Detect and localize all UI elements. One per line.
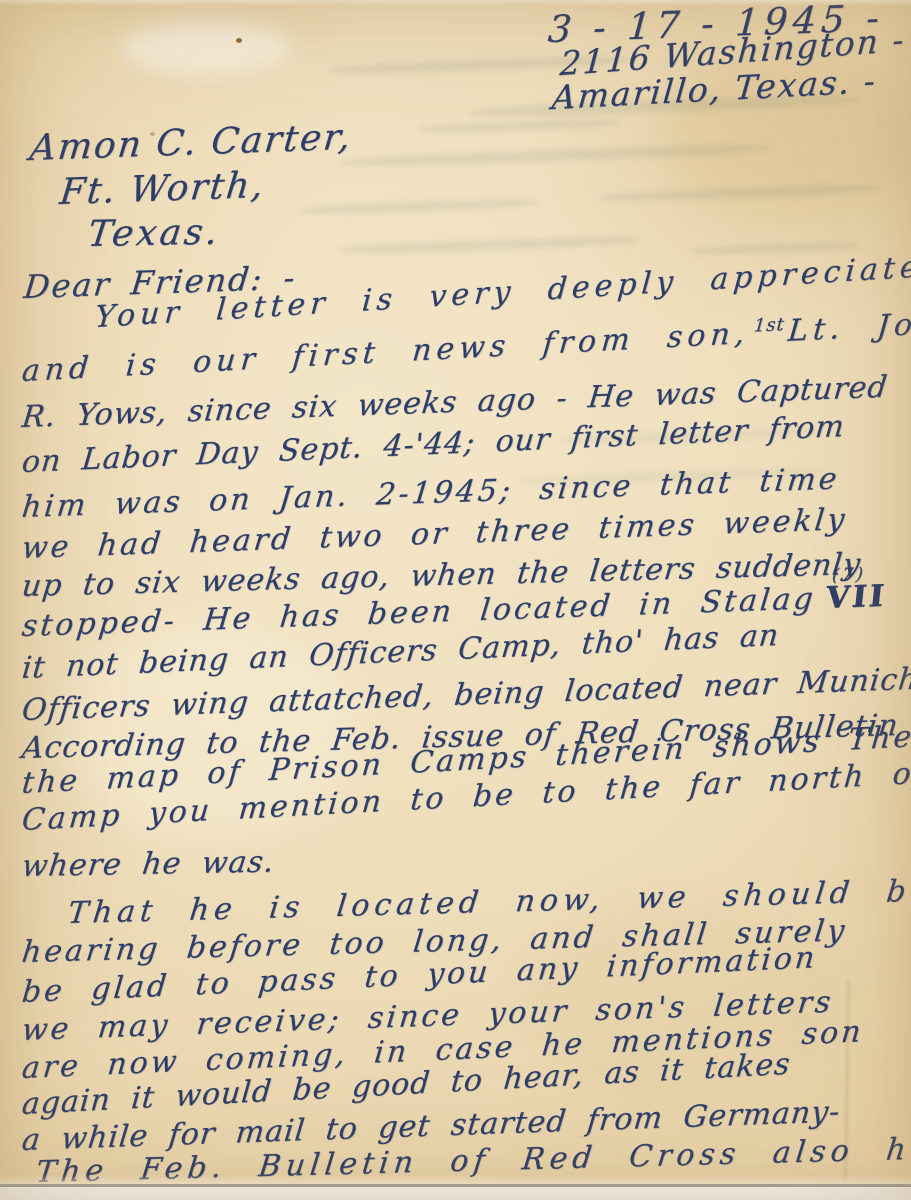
recipient-city-line: Ft. Worth, [58, 165, 267, 213]
bleed-through-ghost-text [340, 235, 640, 255]
bleed-through-ghost-text [420, 119, 620, 134]
paper-speck [236, 38, 242, 43]
bleed-through-ghost-text [300, 198, 540, 215]
paper-stain [120, 20, 290, 75]
scan-edge-strip [0, 1184, 911, 1200]
stalag-designation: (7)VII A [824, 577, 911, 616]
superscript-7-annotation: (7) [831, 565, 867, 586]
bleed-through-ghost-text [600, 183, 880, 203]
recipient-name-line: Amon C. Carter, [28, 117, 354, 169]
paper-top-edge [0, 0, 911, 6]
para1-line-14: where he was. [20, 845, 277, 884]
bleed-through-ghost-text [340, 142, 770, 168]
superscript-1st: 1st [753, 314, 786, 337]
letter-page: 3 - 17 - 1945 - 2116 Washington - Amaril… [0, 0, 911, 1200]
para1-line-2-text: Lt. John [787, 304, 911, 349]
recipient-state-line: Texas. [85, 212, 222, 255]
